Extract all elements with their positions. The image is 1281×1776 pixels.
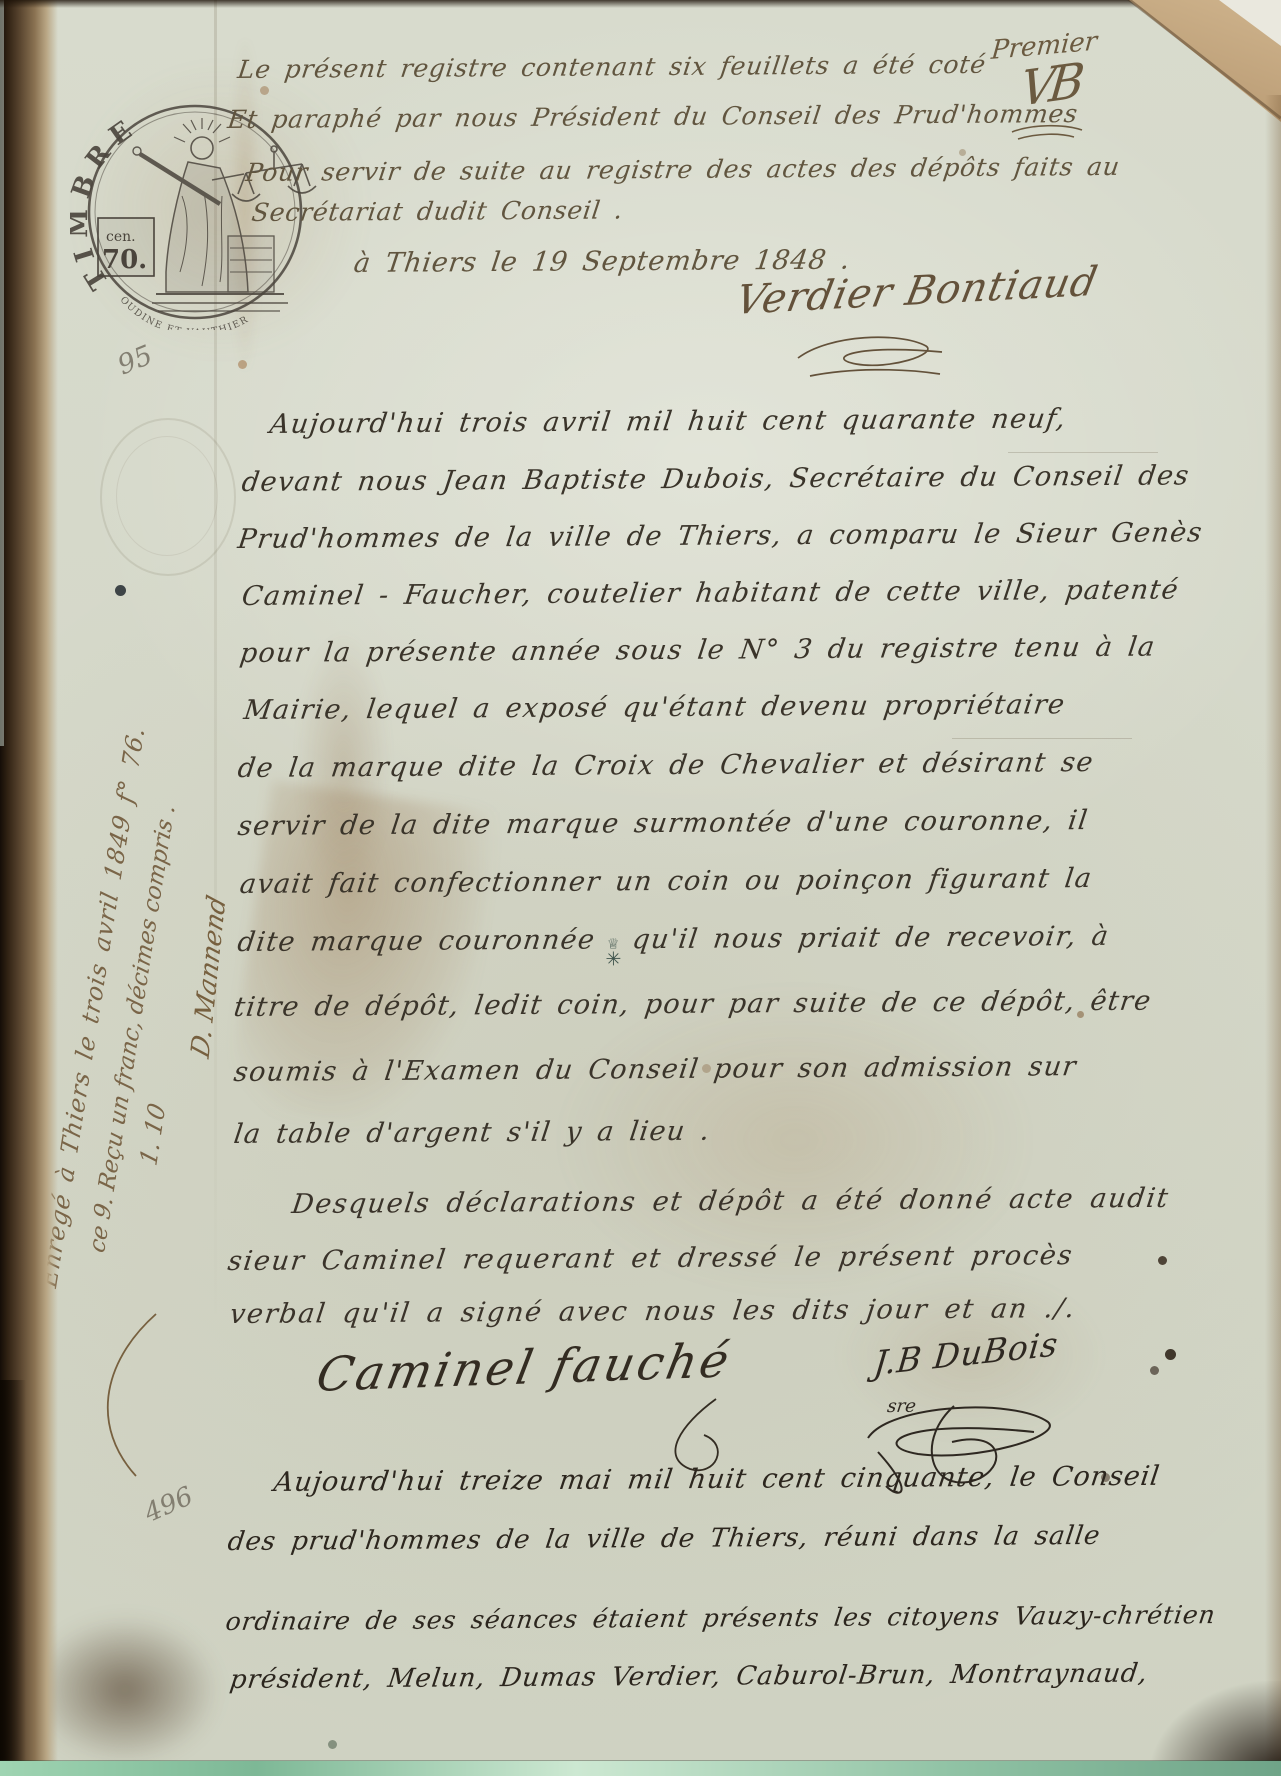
act1849-line: pour la présente année sous le N° 3 du r…	[238, 632, 1158, 669]
signature-flourish	[790, 330, 950, 382]
pencil-guide-line	[952, 738, 1132, 739]
act1849-line: Prud'hommes de la ville de Thiers, a com…	[236, 517, 1205, 555]
pencil-annotation: 95	[113, 340, 156, 382]
pencil-guide-line	[1008, 452, 1158, 453]
stamp-denomination-unit: cen.	[106, 229, 136, 245]
act1849-line-with-mark: dite marque couronnée ♕ ✳ qu'il nous pri…	[234, 921, 1111, 971]
act1849-line: servir de la dite marque surmontée d'une…	[236, 805, 1090, 842]
act1849-line: avait fait confectionner un coin ou poin…	[238, 863, 1094, 900]
header-line: Pour servir de suite au registre des act…	[244, 152, 1122, 187]
act1849-line: soumis à l'Examen du Conseil pour son ad…	[232, 1051, 1079, 1088]
act1850-line: président, Melun, Dumas Verdier, Caburol…	[228, 1659, 1150, 1695]
depositor-signature: Caminel fauché	[312, 1333, 736, 1403]
page-right-edge	[1265, 95, 1281, 1776]
closing-line: Desquels déclarations et dépôt a été don…	[290, 1183, 1171, 1220]
document-page: TIMBRE OUDINE ET VAUTHIER cen. 70.	[0, 0, 1281, 1776]
act1850-line: Aujourd'hui treize mai mil huit cent cin…	[272, 1461, 1162, 1498]
page-top-edge	[0, 0, 1179, 8]
act1849-line: la table d'argent s'il y a lieu .	[232, 1116, 712, 1150]
closing-line: sieur Caminel requerant et dressé le pré…	[226, 1240, 1075, 1277]
act1849-line-text: dite marque couronnée	[236, 925, 598, 958]
act1849-line: Caminel - Faucher, coutelier habitant de…	[240, 574, 1181, 612]
header-line: Secrétariat dudit Conseil .	[250, 195, 625, 227]
margin-flourish	[78, 1308, 173, 1483]
header-dateline: à Thiers le 19 Septembre 1848 .	[352, 245, 852, 279]
stamp-denomination-value: 70.	[102, 245, 147, 275]
act1849-line: Mairie, lequel a exposé qu'étant devenu …	[242, 689, 1067, 726]
act1849-line: Aujourd'hui trois avril mil huit cent qu…	[268, 403, 1068, 440]
crowned-cross-mark-drawing: ♕ ✳	[605, 938, 622, 968]
header-line: Et paraphé par nous Président du Conseil…	[226, 99, 1080, 134]
act1849-line: devant nous Jean Baptiste Dubois, Secrét…	[240, 460, 1192, 498]
cross-of-chevalier-glyph: ✳	[605, 950, 622, 968]
scan-bed-strip	[0, 1761, 1281, 1776]
act1850-line: des prud'hommes de la ville de Thiers, r…	[226, 1521, 1102, 1557]
header-line: Le présent registre contenant six feuill…	[236, 50, 988, 84]
scan-edge-highlight	[0, 0, 4, 746]
pencil-annotation: 496	[140, 1481, 198, 1529]
act1849-line: de la marque dite la Croix de Chevalier …	[236, 747, 1096, 784]
secretary-signature: J.B DuBois	[872, 1324, 1060, 1383]
closing-line: verbal qu'il a signé avec nous les dits …	[228, 1293, 1078, 1330]
paper-stain	[30, 1615, 220, 1765]
act1850-line: ordinaire de ses séances étaient présent…	[224, 1600, 1218, 1636]
act1849-line: titre de dépôt, ledit coin, pour par sui…	[232, 986, 1154, 1023]
book-spine-shadow	[0, 1380, 26, 1776]
margin-registration-note: Enregé à Thiers le trois avril 1849 f° 7…	[34, 726, 265, 1308]
act1849-line-text: qu'il nous priait de recevoir, à	[630, 921, 1111, 955]
embossed-stamp-trace	[116, 436, 218, 556]
